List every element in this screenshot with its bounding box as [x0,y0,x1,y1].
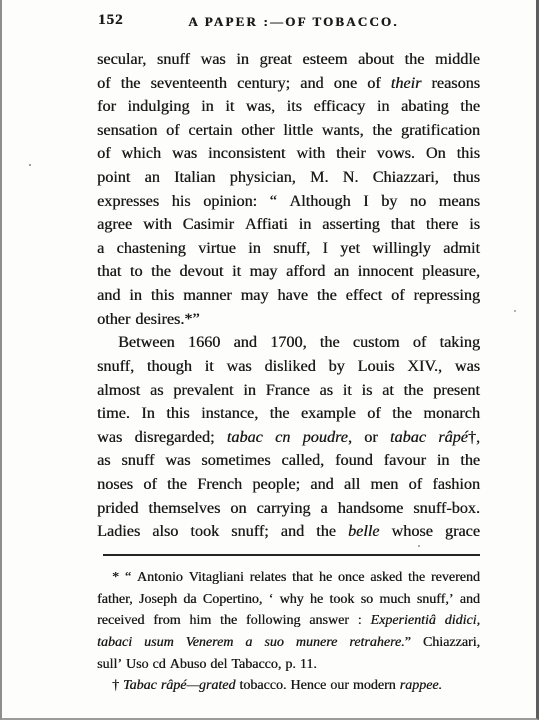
word: Ladies [97,520,140,544]
word: expresses [97,190,159,214]
word: da [183,589,196,611]
word: Casimir [183,213,234,237]
word: in [129,284,142,308]
word: abating [401,95,449,119]
word: 1660 [188,331,220,355]
word: sull’ [97,654,122,676]
word: in [437,449,450,473]
running-header-title: A PAPER :—OF TOBACCO. [102,14,485,30]
text-line: secular,snuffwasingreatesteemaboutthemid… [97,48,480,72]
word: 1700, [270,331,306,355]
word: that [391,213,415,237]
scanned-book-page: 152 A PAPER :—OF TOBACCO. secular,snuffw… [0,0,539,720]
word: snuff-box. [413,497,480,521]
word: and [300,72,323,96]
scan-speck [29,164,31,166]
text-line: tabaciusumVeneremasuomunereretrahere.”Ch… [97,632,480,654]
word: snuff; [231,520,268,544]
word: seventeenth [150,72,226,96]
word: the [408,567,425,589]
word: at [382,379,394,403]
word: Tabacco, [231,654,281,676]
word: munere [296,632,337,654]
word: in [201,95,214,119]
word: French [197,473,242,497]
word: no [410,190,426,214]
word: sometimes [201,449,270,473]
word: willingly [372,237,430,261]
word: their [336,142,366,166]
word: gratification [401,119,480,143]
word: noses [97,473,133,497]
word: an [334,260,349,284]
paragraph: Between1660and1700,thecustomoftakingsnuf… [97,331,480,543]
word: fashion [432,473,480,497]
word: as [97,449,110,473]
word: instance, [201,402,258,426]
text-line: wasdisregarded;tabaccnpoudre,ortabacrâpé… [97,426,480,450]
word: have [277,284,308,308]
word: also [152,520,178,544]
word: Italian [174,166,215,190]
word: an [145,166,160,190]
word: usum [144,632,174,654]
word: secular, [97,48,146,72]
word: the [270,402,290,426]
word: following [246,610,300,632]
word: esteem [302,48,347,72]
word: snuff, [97,355,134,379]
word: Affiati [245,213,288,237]
text-line: sensationofcertainotherlittlewants,thegr… [97,119,480,143]
word: afford [286,260,325,284]
word: Venerem [186,632,234,654]
word: tobacco. [239,675,286,697]
word: from [153,610,180,632]
word: carrying [256,497,310,521]
word: del [210,654,227,676]
word: other [241,119,274,143]
word: took [329,589,354,611]
word: reasons [431,72,480,96]
text-line: pointanItalianphysician,M.N.Chiazzari,th… [97,166,480,190]
word: In [141,402,154,426]
word: râpé†, [438,426,480,450]
text-line: father,JosephdaCopertino,‘whyhetooksomuc… [97,589,480,611]
text-line: achasteningvirtueinsnuff,Iyetwillinglyad… [97,237,480,261]
paragraph: secular,snuffwasingreatesteemaboutthemid… [97,48,480,331]
text-line: nosesoftheFrenchpeople;andallmenoffashio… [97,473,480,497]
word: Tabac [123,675,157,697]
word: the [320,331,340,355]
word: all [344,473,360,497]
text-line: sull’UsocdAbusodelTabacco,p.11. [97,654,480,676]
word: of [367,402,380,426]
word: On [426,142,446,166]
word: present [433,379,480,403]
word: it [232,260,241,284]
word: retrahere.” [349,632,411,654]
word: Copertino, [203,589,263,611]
word: so [361,589,373,611]
word: XIV., [407,355,442,379]
text-line: snuff,thoughitwasdislikedbyLouisXIV.,was [97,355,480,379]
word: of [97,142,110,166]
word: disliked [264,355,315,379]
word: indulging [127,95,189,119]
footnotes-block: *“AntonioVitaglianirelatesthatheonceaske… [97,567,480,697]
word: prevalent [173,379,233,403]
word: in [243,379,256,403]
word: tabac [390,426,426,450]
word: great [259,48,291,72]
word: poudre, [303,426,352,450]
word: taking [439,331,479,355]
word: one [334,72,357,96]
word: custom [353,331,400,355]
word: * [112,567,119,589]
word: much [379,589,410,611]
word: † [112,675,119,697]
word: father, [97,589,133,611]
word: received [97,610,144,632]
text-line: receivedfromhimthefollowinganswer:Experi… [97,610,480,632]
word: grace [445,520,480,544]
word: “ [125,567,131,589]
word: the [392,402,412,426]
word: which [121,142,161,166]
word: Chiazzari, [423,632,480,654]
word: by [329,355,345,379]
word: in [377,95,390,119]
word: of [391,284,404,308]
text-line: ofwhichwasinconsistentwiththeirvows.Onth… [97,142,480,166]
word: repressing [413,284,480,308]
word: a [320,497,327,521]
text-line: andinthismannermayhavetheeffectofrepress… [97,284,480,308]
text-line: agreewithCasimirAffiatiinassertingthatth… [97,213,480,237]
word: Uso [126,654,149,676]
word: that [292,567,313,589]
word: physician, [230,166,296,190]
word: their [391,72,422,96]
word: this [151,284,174,308]
word: with [296,142,325,166]
word: to [130,260,143,284]
word: may [250,260,278,284]
word: once [338,567,364,589]
word: it [205,355,214,379]
word: on [230,497,246,521]
word: the [316,520,336,544]
word: with [143,213,172,237]
word: Abuso [170,654,207,676]
word: France [266,379,310,403]
word: reverend [431,567,480,589]
word: of [97,72,110,96]
text-line: Ladiesalsotooksnuff;andthebellewhosegrac… [97,520,480,544]
word: middle [435,48,480,72]
word: pleasure, [422,260,480,284]
word: opinion: [203,190,257,214]
word: virtue [198,237,236,261]
word: in [236,48,249,72]
word: the [167,473,187,497]
word: was [226,355,251,379]
word: by [381,190,397,214]
scan-speck [418,545,420,547]
word: the [121,72,141,96]
word: as [150,379,163,403]
word: Experientiâ [370,610,435,632]
word: the [404,379,424,403]
word: I [322,237,327,261]
word: little [283,119,313,143]
word: or [364,426,377,450]
word: is [361,379,372,403]
word: in [248,237,261,261]
word: of [409,473,422,497]
word: suo [264,632,283,654]
word: N. [343,166,359,190]
scan-speck [514,310,516,312]
word: Joseph [139,589,177,611]
text-line: †Tabacrâpé—gratedtobacco.Henceourmodernr… [97,675,480,697]
word: of [143,473,156,497]
word: thus [453,166,480,190]
word: was [455,355,480,379]
word: was [172,142,197,166]
word: asked [370,567,402,589]
word: relates [250,567,287,589]
text-line: forindulginginitwas,itsefficacyinabating… [97,95,480,119]
word: cn [275,426,290,450]
word: other [97,308,130,332]
word: wants, [322,119,364,143]
word: “ [270,190,277,214]
word: devout [179,260,223,284]
word: handsome [338,497,404,521]
word: for [97,95,116,119]
word: snuff, [273,237,310,261]
word: why [280,589,304,611]
word: efficacy [313,95,365,119]
word: admit [443,237,480,261]
word: though [147,355,192,379]
word: and [233,331,256,355]
word: was [97,426,122,450]
word: cd [152,654,165,676]
text-line: *“AntonioVitaglianirelatesthatheonceaske… [97,567,480,589]
word: the [460,95,480,119]
word: the [220,610,237,632]
word: Although [289,190,350,214]
word: in [299,213,312,237]
text-line: oftheseventeenthcentury;andoneoftheirrea… [97,72,480,96]
word: sensation [97,119,157,143]
word: p. [285,654,296,676]
word: snuff [121,449,154,473]
text-line: time.Inthisinstance,theexampleofthemonar… [97,402,480,426]
word: modern [353,675,396,697]
word: the [317,284,337,308]
word: took [190,520,219,544]
text-line: expresseshisopinion:“AlthoughIbynomeans [97,190,480,214]
word: was, [246,95,275,119]
word: men [370,473,398,497]
word: tabaci [97,632,132,654]
word: people; [252,473,300,497]
word: he [319,567,332,589]
word: was [200,48,225,72]
word: answer [309,610,349,632]
word: monarch [423,402,480,426]
word: themselves [148,497,220,521]
word: asserting [322,213,380,237]
word: râpé—grated [161,675,236,697]
word: ‘ [269,589,274,611]
word: it [225,95,234,119]
word: tabac [227,426,263,450]
text-line: assnuffwassometimescalled,foundfavourint… [97,449,480,473]
word: there [426,213,458,237]
word: snuff,’ [417,589,454,611]
word: century; [237,72,290,96]
word: this [166,402,189,426]
word: his [172,190,191,214]
text-line: otherdesires.*” [97,308,480,332]
word: its [287,95,302,119]
word: and [310,473,333,497]
word: Louis [358,355,395,379]
word: inconsistent [208,142,285,166]
word: found [335,449,373,473]
word: rappee. [400,675,442,697]
body-text-block: secular,snuffwasingreatesteemaboutthemid… [97,48,480,544]
word: a [97,237,104,261]
word: desires.*” [135,308,199,332]
word: the [372,119,392,143]
word: may [241,284,269,308]
word: that [97,260,121,284]
word: snuff [157,48,190,72]
word: certain [188,119,232,143]
word: almost [97,379,140,403]
word: called, [281,449,324,473]
word: about [358,48,394,72]
word: Hence [290,675,326,697]
word: and [97,284,120,308]
word: as [319,379,332,403]
word: effect [346,284,383,308]
word: him [189,610,211,632]
word: and [460,589,480,611]
word: our [330,675,349,697]
word: of [166,119,179,143]
text-line: pridedthemselvesoncarryingahandsomesnuff… [97,497,480,521]
word: Vitagliani [189,567,244,589]
text-line: thattothedevoutitmayaffordaninnocentplea… [97,260,480,284]
word: manner [183,284,232,308]
word: M. [310,166,328,190]
word: chastening [117,237,186,261]
word: I [363,190,368,214]
text-line: Between1660and1700,thecustomoftaking [97,331,480,355]
word: example [301,402,356,426]
word: and [281,520,304,544]
word: a [245,632,252,654]
word: he [310,589,323,611]
text-line: almostasprevalentinFranceasitisatthepres… [97,379,480,403]
word: this [457,142,480,166]
word: the [151,260,171,284]
word: vows. [377,142,415,166]
word: it [343,379,352,403]
word: Chiazzari, [373,166,439,190]
word: 11. [300,654,317,676]
word: innocent [358,260,414,284]
word: of [367,72,380,96]
word: the [405,48,425,72]
word: of [413,331,426,355]
word: Between [118,331,175,355]
word: : [358,610,362,632]
word: disregarded; [134,426,214,450]
word: point [97,166,130,190]
word: is [469,213,480,237]
word: agree [97,213,132,237]
word: yet [340,237,360,261]
word: belle [348,520,379,544]
word: didici, [445,610,480,632]
word: time. [97,402,130,426]
word: means [439,190,480,214]
word: was [165,449,190,473]
word: Antonio [137,567,183,589]
word: whose [391,520,432,544]
word: prided [97,497,138,521]
word: favour [384,449,426,473]
footnote-separator-rule [103,554,480,556]
word: the [460,449,480,473]
